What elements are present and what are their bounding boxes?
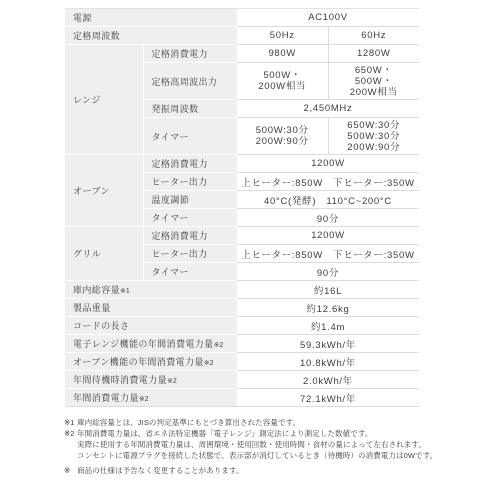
label-annual-total: 年間消費電力量※2 bbox=[65, 389, 237, 407]
label-oven-temperature: 温度調節 bbox=[143, 191, 237, 209]
value-grill-heater: 上ヒーター:850W 下ヒーター:350W bbox=[237, 245, 419, 263]
label-range-oscillation: 発振周波数 bbox=[143, 100, 237, 118]
label-range-timer: タイマー bbox=[143, 118, 237, 155]
label-power: 電源 bbox=[65, 9, 237, 27]
label-annual-oven-note: ※2 bbox=[204, 360, 214, 367]
value-range-power-60hz: 1280W bbox=[328, 45, 419, 63]
label-weight: 製品重量 bbox=[65, 299, 237, 317]
row-annual-oven: オーブン機能の年間消費電力量※2 10.8kWh/年 bbox=[65, 353, 419, 371]
value-range-timer-60hz: 650W:30分 500W:30分 200W:90分 bbox=[328, 118, 419, 155]
value-oven-heater: 上ヒーター:850W 下ヒーター:350W bbox=[237, 173, 419, 191]
row-grill-power: グリル 定格消費電力 1200W bbox=[65, 227, 419, 245]
label-frequency: 定格周波数 bbox=[65, 27, 237, 45]
label-annual-standby: 年間待機時消費電力量※2 bbox=[65, 371, 237, 389]
footnote-3-mark: ※ bbox=[64, 465, 77, 476]
label-grill-heater: ヒーター出力 bbox=[143, 245, 237, 263]
value-capacity: 約16L bbox=[237, 281, 419, 299]
value-range-hf-60hz: 650W・ 500W・ 200W相当 bbox=[328, 63, 419, 100]
label-annual-standby-note: ※2 bbox=[167, 378, 177, 385]
footnote-2-continuation-1: 実際に使用する年間消費電力量は、周囲環境・使用回数・使用時間・食材の量によって左… bbox=[64, 439, 436, 450]
label-capacity-note: ※1 bbox=[120, 288, 130, 295]
label-range-power: 定格消費電力 bbox=[143, 45, 237, 63]
label-annual-standby-text: 年間待機時消費電力量 bbox=[73, 375, 167, 385]
row-power: 電源 AC100V bbox=[65, 9, 419, 27]
row-range-power: レンジ 定格消費電力 980W 1280W bbox=[65, 45, 419, 63]
label-grill-power: 定格消費電力 bbox=[143, 227, 237, 245]
footnote-1-mark: ※1 bbox=[64, 417, 77, 428]
footnote-2-continuation-2: コンセントに電源プラグを接続した状態で、表示部が消灯しているとき（待機時）の消費… bbox=[64, 450, 436, 461]
value-grill-power: 1200W bbox=[237, 227, 419, 245]
label-capacity: 庫内総容量※1 bbox=[65, 281, 237, 299]
footnote-3: ※商品の仕様は予告なく変更することがあります。 bbox=[64, 465, 436, 476]
label-annual-range: 電子レンジ機能の年間消費電力量※2 bbox=[65, 335, 237, 353]
label-cord-length: コードの長さ bbox=[65, 317, 237, 335]
value-cord-length: 約1.4m bbox=[237, 317, 419, 335]
value-annual-range: 59.3kWh/年 bbox=[237, 335, 419, 353]
value-oven-timer: 90分 bbox=[237, 209, 419, 227]
label-annual-total-note: ※2 bbox=[139, 396, 149, 403]
footnote-2-text: 年間消費電力量は、省エネ法特定機器「電子レンジ」測定法により測定した数値です。 bbox=[77, 429, 372, 438]
group-grill: グリル bbox=[65, 227, 143, 281]
footnote-3-text: 商品の仕様は予告なく変更することがあります。 bbox=[77, 466, 244, 475]
footnotes: ※1庫内総容量とは、JISの判定基準にもとづき算出された容量です。 ※2年間消費… bbox=[64, 417, 436, 476]
row-cord-length: コードの長さ 約1.4m bbox=[65, 317, 419, 335]
value-power: AC100V bbox=[237, 9, 419, 27]
row-frequency: 定格周波数 50Hz 60Hz bbox=[65, 27, 419, 45]
value-oven-temperature: 40°C(発酵) 110°C~200°C bbox=[237, 191, 419, 209]
value-weight: 約12.6kg bbox=[237, 299, 419, 317]
row-annual-range: 電子レンジ機能の年間消費電力量※2 59.3kWh/年 bbox=[65, 335, 419, 353]
label-oven-power: 定格消費電力 bbox=[143, 155, 237, 173]
label-oven-heater: ヒーター出力 bbox=[143, 173, 237, 191]
value-frequency-50hz: 50Hz bbox=[237, 27, 328, 45]
value-annual-total: 72.1kWh/年 bbox=[237, 389, 419, 407]
value-range-power-50hz: 980W bbox=[237, 45, 328, 63]
label-annual-oven-text: オーブン機能の年間消費電力量 bbox=[73, 357, 204, 367]
label-capacity-text: 庫内総容量 bbox=[73, 285, 120, 295]
footnote-2-mark: ※2 bbox=[64, 428, 77, 439]
value-annual-oven: 10.8kWh/年 bbox=[237, 353, 419, 371]
row-annual-standby: 年間待機時消費電力量※2 2.0kWh/年 bbox=[65, 371, 419, 389]
label-annual-oven: オーブン機能の年間消費電力量※2 bbox=[65, 353, 237, 371]
label-annual-range-note: ※2 bbox=[214, 342, 224, 349]
label-range-hf-output: 定格高周波出力 bbox=[143, 63, 237, 100]
spec-table-container: 電源 AC100V 定格周波数 50Hz 60Hz レンジ 定格消費電力 980… bbox=[65, 8, 419, 407]
footnote-1-text: 庫内総容量とは、JISの判定基準にもとづき算出された容量です。 bbox=[77, 418, 300, 427]
row-weight: 製品重量 約12.6kg bbox=[65, 299, 419, 317]
group-oven: オーブン bbox=[65, 155, 143, 227]
value-grill-timer: 90分 bbox=[237, 263, 419, 281]
row-oven-power: オーブン 定格消費電力 1200W bbox=[65, 155, 419, 173]
value-range-oscillation: 2,450MHz bbox=[237, 100, 419, 118]
value-frequency-60hz: 60Hz bbox=[328, 27, 419, 45]
footnote-1: ※1庫内総容量とは、JISの判定基準にもとづき算出された容量です。 bbox=[64, 417, 436, 428]
row-capacity: 庫内総容量※1 約16L bbox=[65, 281, 419, 299]
value-range-hf-50hz: 500W・ 200W相当 bbox=[237, 63, 328, 100]
group-range: レンジ bbox=[65, 45, 143, 155]
label-annual-total-text: 年間消費電力量 bbox=[73, 393, 139, 403]
footnote-2: ※2年間消費電力量は、省エネ法特定機器「電子レンジ」測定法により測定した数値です… bbox=[64, 428, 436, 439]
spec-table: 電源 AC100V 定格周波数 50Hz 60Hz レンジ 定格消費電力 980… bbox=[65, 8, 419, 407]
value-range-timer-50hz: 500W:30分 200W:90分 bbox=[237, 118, 328, 155]
label-annual-range-text: 電子レンジ機能の年間消費電力量 bbox=[73, 339, 214, 349]
value-oven-power: 1200W bbox=[237, 155, 419, 173]
row-annual-total: 年間消費電力量※2 72.1kWh/年 bbox=[65, 389, 419, 407]
label-grill-timer: タイマー bbox=[143, 263, 237, 281]
value-annual-standby: 2.0kWh/年 bbox=[237, 371, 419, 389]
label-oven-timer: タイマー bbox=[143, 209, 237, 227]
spec-page: 電源 AC100V 定格周波数 50Hz 60Hz レンジ 定格消費電力 980… bbox=[0, 0, 480, 480]
